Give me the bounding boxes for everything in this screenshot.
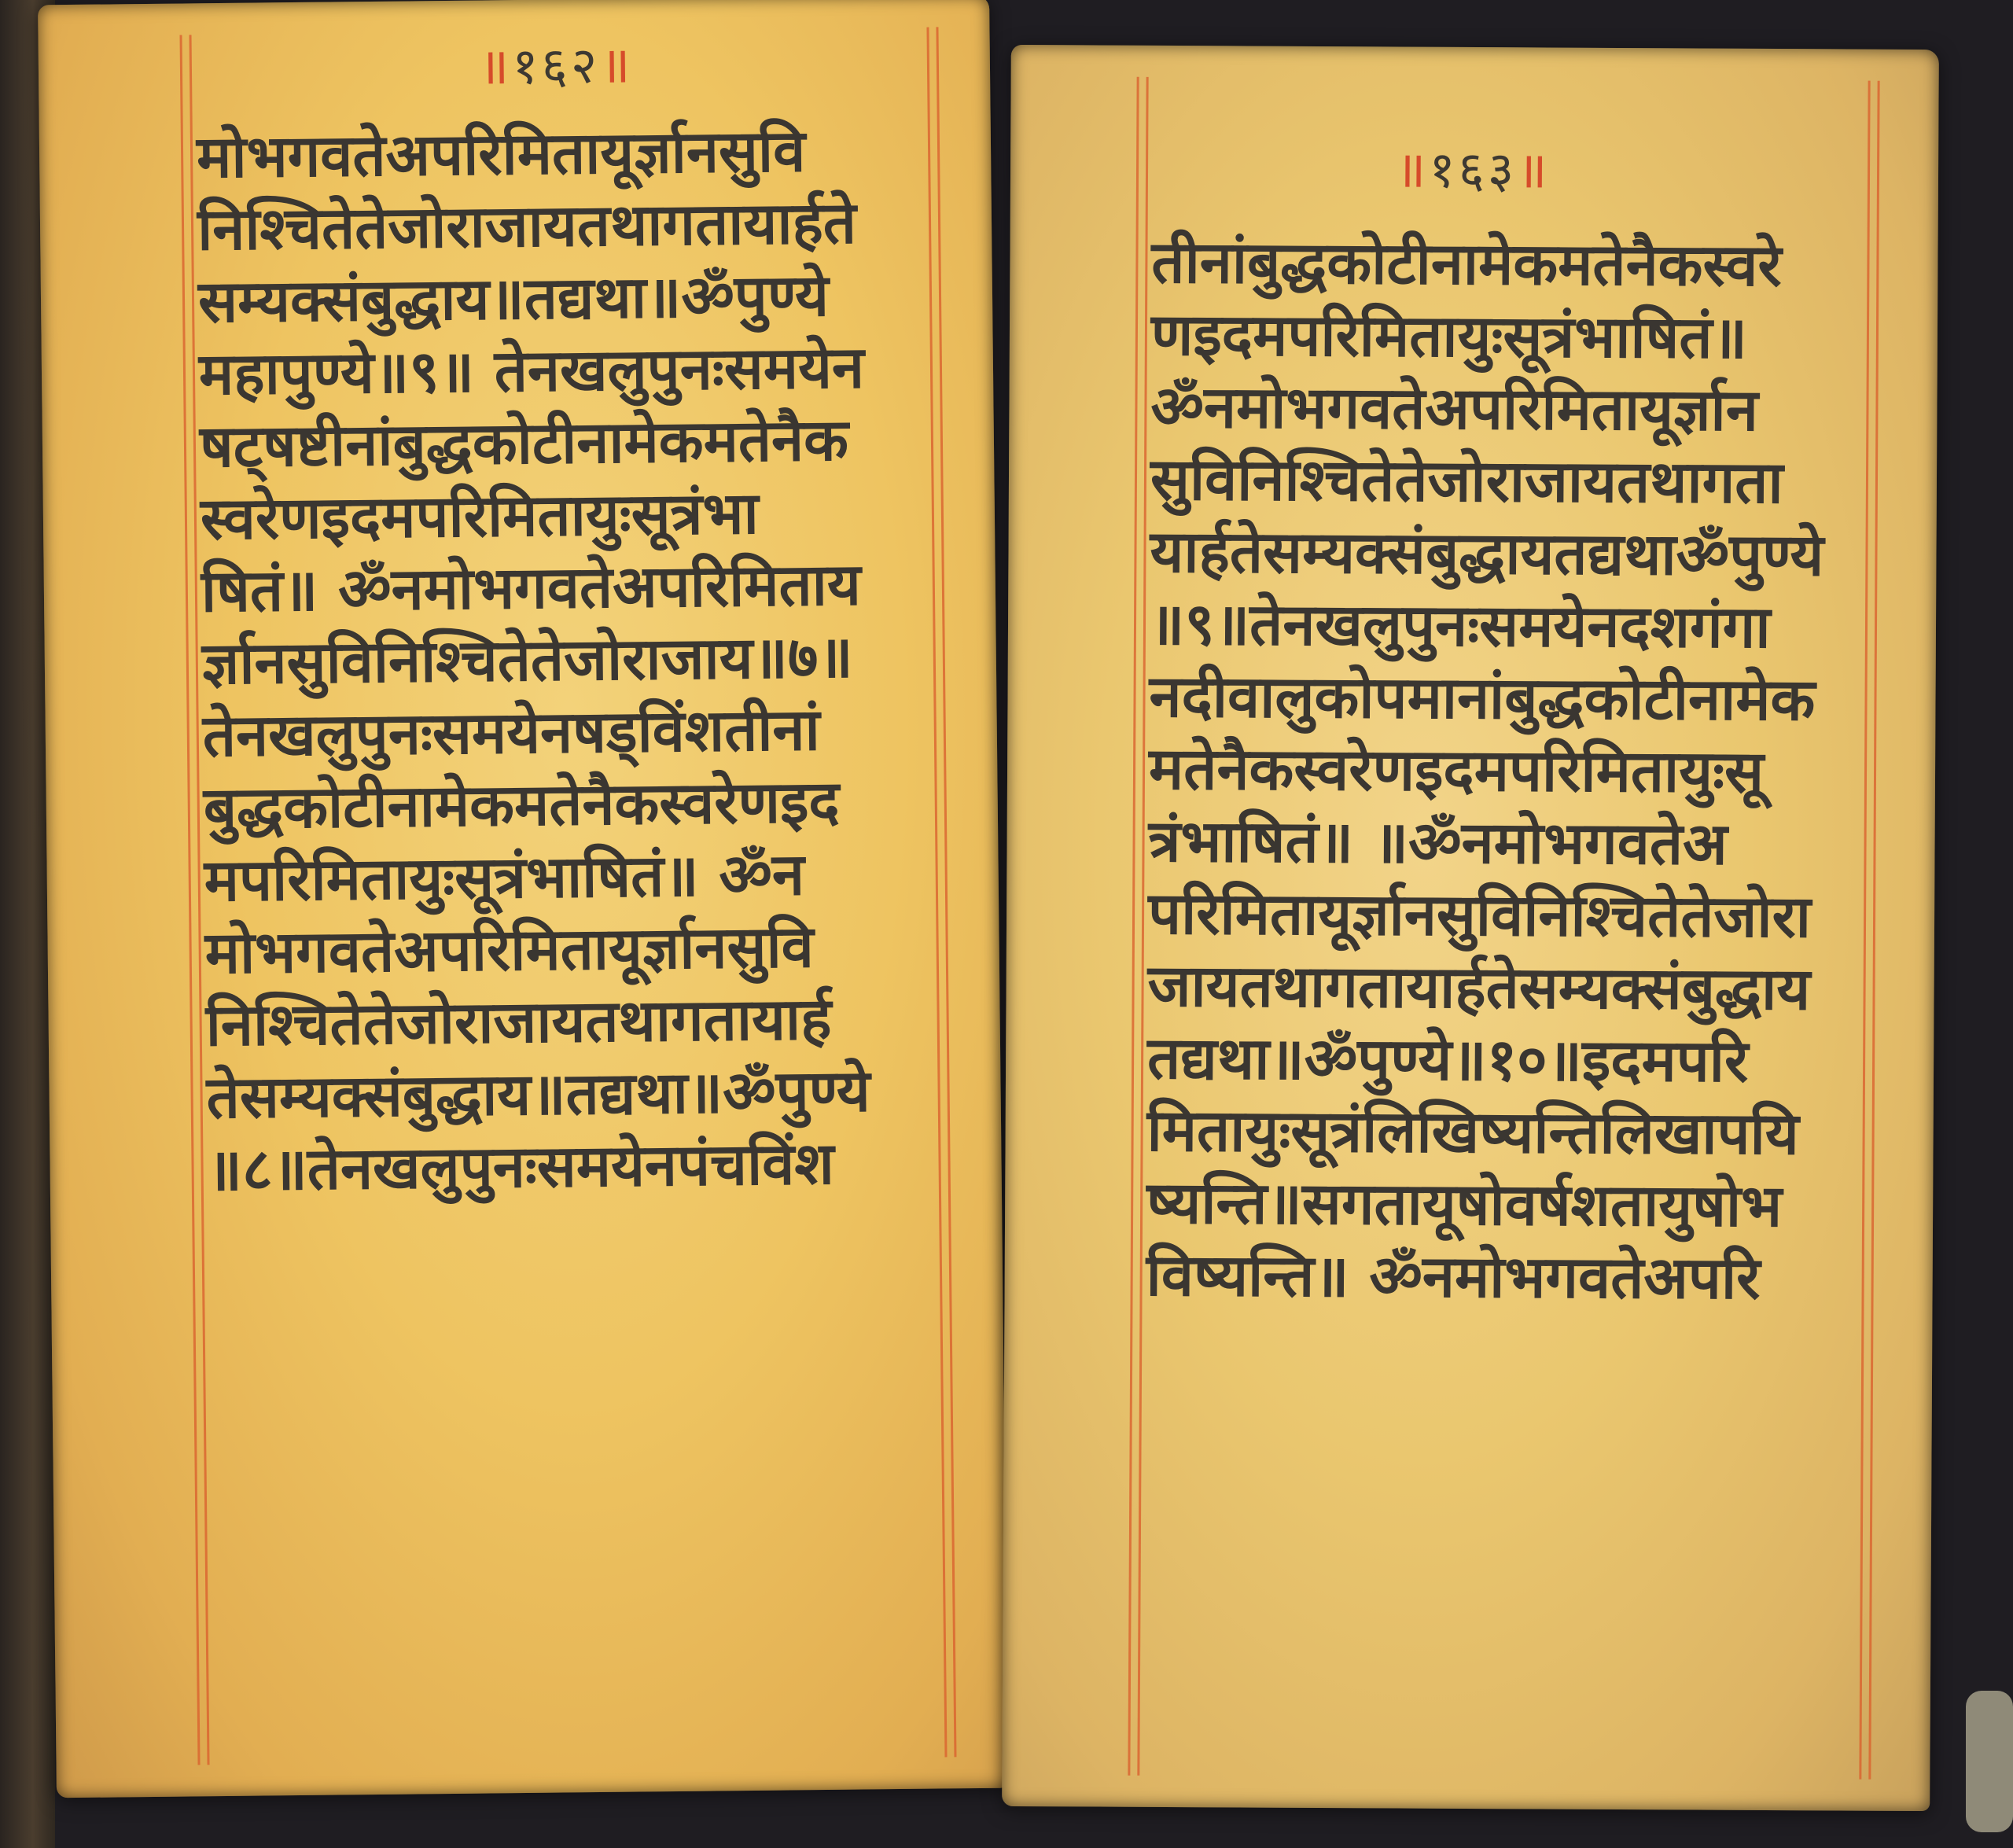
left-page: ॥१६२॥ मोभगवतेअपरिमितायूर्ज्ञानसुवि निश्च… (38, 0, 1008, 1798)
text-line: तीनांबुद्धकोटीनामेकमतेनैकस्वरे (1151, 226, 1825, 302)
text-line: ॐनमोभगवतेअपरिमितायूर्ज्ञान (1150, 371, 1824, 447)
text-line: मपरिमितायुःसूत्रंभाषितं॥ ॐन (204, 837, 870, 917)
margin-rule (1128, 77, 1139, 1776)
text-line: जायतथागतायार्हतेसम्यक्संबुद्धाय (1147, 950, 1821, 1025)
margin-rule (936, 27, 956, 1757)
text-line: मतेनैकस्वरेणइदमपरिमितायुःसू (1149, 733, 1823, 808)
text-line: स्वरेणइदमपरिमितायुःसूत्रंभा (200, 476, 866, 555)
margin-rule (1868, 81, 1879, 1780)
text-line: मितायुःसूत्रंलिखिष्यन्तिलिखापयि (1146, 1095, 1820, 1170)
text-line: णइदमपरिमितायुःसूत्रंभाषितं॥ (1151, 299, 1825, 374)
margin-rule (1859, 81, 1870, 1780)
margin-rule (1137, 77, 1148, 1776)
manuscript-text: मोभगवतेअपरिमितायूर्ज्ञानसुवि निश्चितेतेज… (197, 114, 873, 1206)
text-line: सम्यक्संबुद्धाय॥तद्यथा॥ॐपुण्ये (198, 259, 864, 338)
folio-number: ॥१६२॥ (478, 28, 633, 98)
text-line: तेसम्यक्संबुद्धाय॥तद्यथा॥ॐपुण्ये (206, 1055, 872, 1134)
text-line: सुविनिश्चितेतेजोराजायतथागता (1150, 444, 1824, 519)
text-line: विष्यन्ति॥ ॐनमोभगवतेअपरि (1146, 1239, 1820, 1315)
text-line: महापुण्ये॥९॥ तेनखलुपुनःसमयेन (199, 331, 865, 410)
margin-rule (926, 28, 947, 1758)
text-line: र्ज्ञानसुविनिश्चितेतेजोराजाय॥७॥ (201, 620, 867, 700)
right-page: ॥१६३॥ तीनांबुद्धकोटीनामेकमतेनैकस्वरे णइद… (1002, 45, 1939, 1811)
margin-rule (180, 35, 201, 1765)
text-line: मोभगवतेअपरिमितायूर्ज्ञानसुवि (197, 114, 863, 193)
folio-number: ॥१६३॥ (1396, 133, 1551, 202)
text-line: तद्यथा॥ॐपुण्ये॥१०॥इदमपरि (1147, 1022, 1821, 1098)
manuscript-text: तीनांबुद्धकोटीनामेकमतेनैकस्वरे णइदमपरिमि… (1146, 226, 1825, 1315)
text-line: त्रंभाषितं॥ ॥ॐनमोभगवतेअ (1148, 805, 1822, 881)
text-line: निश्चितेतेजोराजायतथागतायार्हते (197, 186, 863, 266)
text-line: षट्षष्टीनांबुद्धकोटीनामेकमतेनैक (200, 403, 866, 483)
text-line: ष्यन्ति॥सगतायूषोवर्षशतायुषोभ (1146, 1167, 1820, 1242)
text-line: यार्हतेसम्यक्संबुद्धायतद्यथाॐपुण्ये (1150, 516, 1823, 591)
text-line: मोभगवतेअपरिमितायूर्ज्ञानसुवि (204, 910, 870, 989)
binding-thread (1966, 1691, 2013, 1832)
text-line: ॥९॥तेनखलुपुनःसमयेनदशगंगा (1150, 588, 1823, 664)
text-line: ॥८॥तेनखलुपुनःसमयेनपंचविंश (207, 1127, 873, 1206)
text-line: निश्चितेतेजोराजायतथागतायार्ह (205, 982, 871, 1062)
text-line: तेनखलुपुनःसमयेनषड्विंशतीनां (202, 693, 868, 772)
text-line: षितं॥ ॐनमोभगवतेअपरिमिताय (201, 548, 867, 628)
text-line: नदीवालुकोपमानांबुद्धकोटीनामेक (1149, 661, 1823, 736)
text-line: परिमितायूर्ज्ञानसुविनिश्चितेतेजोरा (1148, 878, 1822, 953)
text-line: बुद्धकोटीनामेकमतेनैकस्वरेणइद (203, 765, 869, 845)
